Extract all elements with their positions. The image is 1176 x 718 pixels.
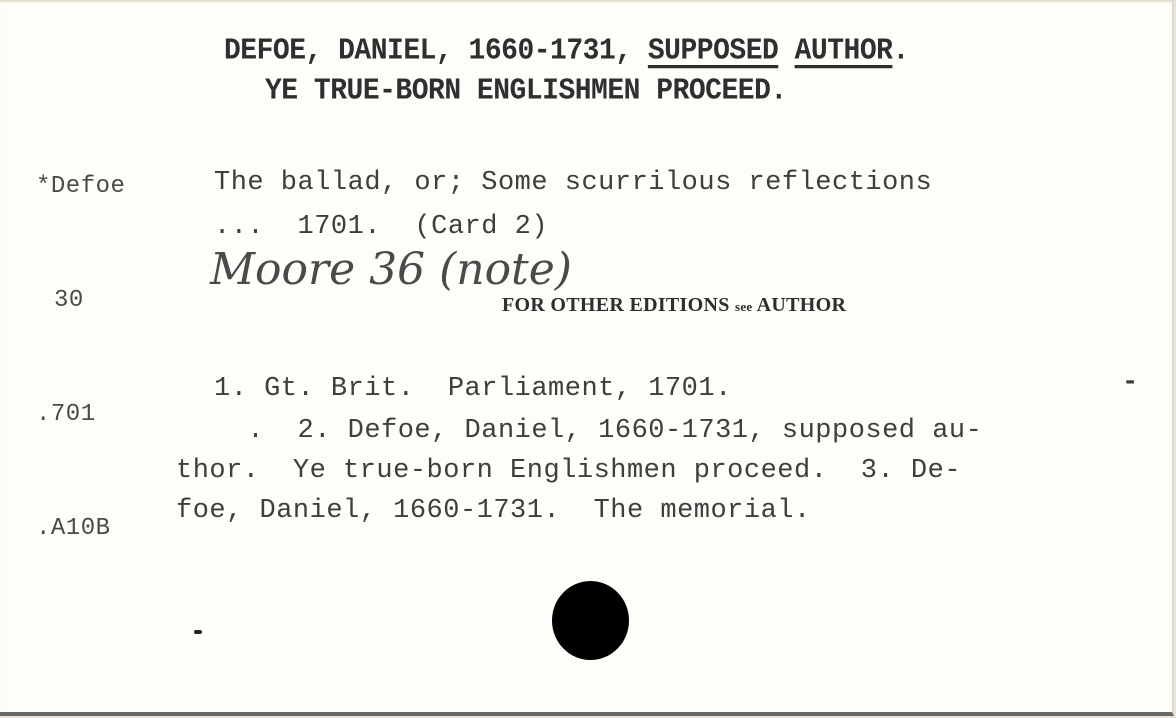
ink-speck: [194, 630, 202, 634]
call-number-line: 30: [36, 282, 125, 320]
heading-line-2: YE TRUE-BORN ENGLISHMEN PROCEED.: [265, 75, 787, 108]
stamp-see: see: [735, 299, 753, 314]
tracing-line-1: 1. Gt. Brit. Parliament, 1701.: [214, 374, 732, 404]
heading-line-1: DEFOE, DANIEL, 1660-1731, SUPPOSED AUTHO…: [224, 35, 909, 68]
tracing-line-4: foe, Daniel, 1660-1731. The memorial.: [176, 496, 811, 526]
heading-period: .: [892, 35, 908, 68]
stamp-author: AUTHOR: [752, 294, 846, 316]
call-number-line: .701: [36, 396, 125, 434]
call-number-line: .A10B: [36, 510, 125, 548]
call-number: *Defoe 30 .701 .A10B: [36, 92, 125, 624]
tracing-line-3: thor. Ye true-born Englishmen proceed. 3…: [176, 456, 961, 486]
tracing-line-2: . 2. Defoe, Daniel, 1660-1731, supposed …: [214, 416, 982, 446]
other-editions-stamp: FOR OTHER EDITIONS see AUTHOR: [502, 294, 846, 317]
punch-hole: [552, 581, 629, 660]
heading-supposed: SUPPOSED: [648, 35, 778, 68]
title-line-2: ... 1701. (Card 2): [214, 212, 548, 242]
margin-dash: -: [1122, 368, 1139, 398]
stamp-text: FOR OTHER EDITIONS: [502, 294, 735, 316]
catalog-card: *Defoe 30 .701 .A10B DEFOE, DANIEL, 1660…: [0, 0, 1174, 716]
call-number-line: *Defoe: [36, 168, 125, 206]
space: [778, 35, 794, 68]
title-line-1: The ballad, or; Some scurrilous reflecti…: [214, 168, 932, 198]
heading-author-word: AUTHOR: [795, 35, 893, 68]
handwritten-note: Moore 36 (note): [210, 244, 572, 295]
heading-author: DEFOE, DANIEL, 1660-1731,: [224, 35, 648, 68]
